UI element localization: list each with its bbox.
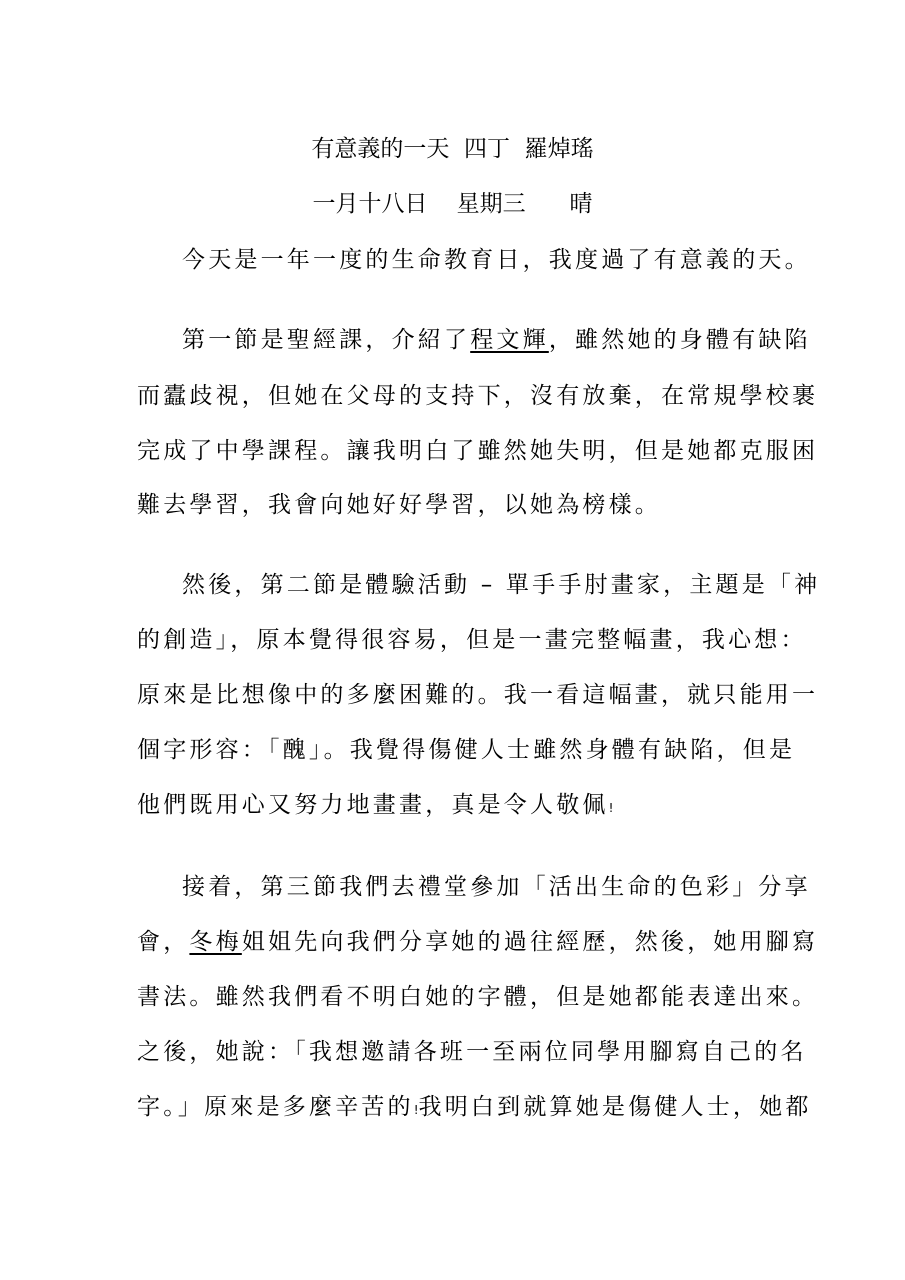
text-segment: 字。」原來是多麼辛苦的 bbox=[137, 1094, 414, 1120]
text-segment: ，雖然她的身體有缺陷 bbox=[549, 327, 811, 353]
text-segment: 他們既用心又努力地畫畫，真是令人敬佩 bbox=[137, 792, 609, 818]
exclamation-mark: ! bbox=[609, 801, 614, 815]
document-title: 有意義的一天 四丁 羅焯瑤 bbox=[0, 134, 905, 164]
paragraph-3-line-3: 書法。雖然我們看不明白她的字體，但是她都能表達出來。 bbox=[137, 982, 777, 1012]
paragraph-1-line-1: 第一節是聖經課，介紹了程文輝，雖然她的身體有缺陷 bbox=[182, 325, 822, 355]
paragraph-2-line-5: 他們既用心又努力地畫畫，真是令人敬佩! bbox=[137, 790, 777, 823]
document-page: 有意義的一天 四丁 羅焯瑤 一月十八日 星期三 晴 今天是一年一度的生命教育日，… bbox=[0, 0, 905, 1280]
underlined-name: 程文輝 bbox=[470, 327, 549, 353]
text-segment: 我明白到就算她是傷健人士，她都 bbox=[419, 1094, 812, 1120]
paragraph-1-line-4: 難去學習，我會向她好好學習，以她為榜樣。 bbox=[137, 490, 777, 520]
paragraph-3-line-4: 之後，她說：「我想邀請各班一至兩位同學用腳寫自己的名 bbox=[137, 1037, 777, 1067]
underlined-name: 冬梅 bbox=[189, 929, 241, 955]
paragraph-2-line-2: 的創造」，原本覺得很容易，但是一畫完整幅畫，我心想： bbox=[137, 625, 777, 655]
paragraph-2-line-3: 原來是比想像中的多麼困難的。我一看這幅畫，就只能用一 bbox=[137, 680, 777, 710]
paragraph-3-line-5: 字。」原來是多麼辛苦的!我明白到就算她是傷健人士，她都 bbox=[137, 1092, 777, 1125]
paragraph-1-line-2: 而蠹歧視，但她在父母的支持下，沒有放棄，在常規學校裹 bbox=[137, 381, 777, 411]
date-weather-line: 一月十八日 星期三 晴 bbox=[0, 189, 905, 219]
paragraph-3-line-2: 會，冬梅姐姐先向我們分享她的過往經歷，然後，她用腳寫 bbox=[137, 927, 777, 957]
intro-paragraph: 今天是一年一度的生命教育日，我度過了有意義的天。 bbox=[182, 245, 822, 275]
text-segment: 姐姐先向我們分享她的過往經歷，然後，她用腳寫 bbox=[242, 929, 818, 955]
paragraph-1-line-3: 完成了中學課程。讓我明白了雖然她失明，但是她都克服困 bbox=[137, 436, 777, 466]
paragraph-2-line-1: 然後，第二節是體驗活動 – 單手手肘畫家，主題是「神 bbox=[182, 570, 822, 600]
text-segment: 第一節是聖經課，介紹了 bbox=[182, 327, 470, 353]
paragraph-2-line-4: 個字形容：「醜」。我覺得傷健人士雖然身體有缺陷，但是 bbox=[137, 735, 777, 765]
paragraph-3-line-1: 接着，第三節我們去禮堂參加「活出生命的色彩」分享 bbox=[182, 872, 822, 902]
text-segment: 會， bbox=[137, 929, 189, 955]
